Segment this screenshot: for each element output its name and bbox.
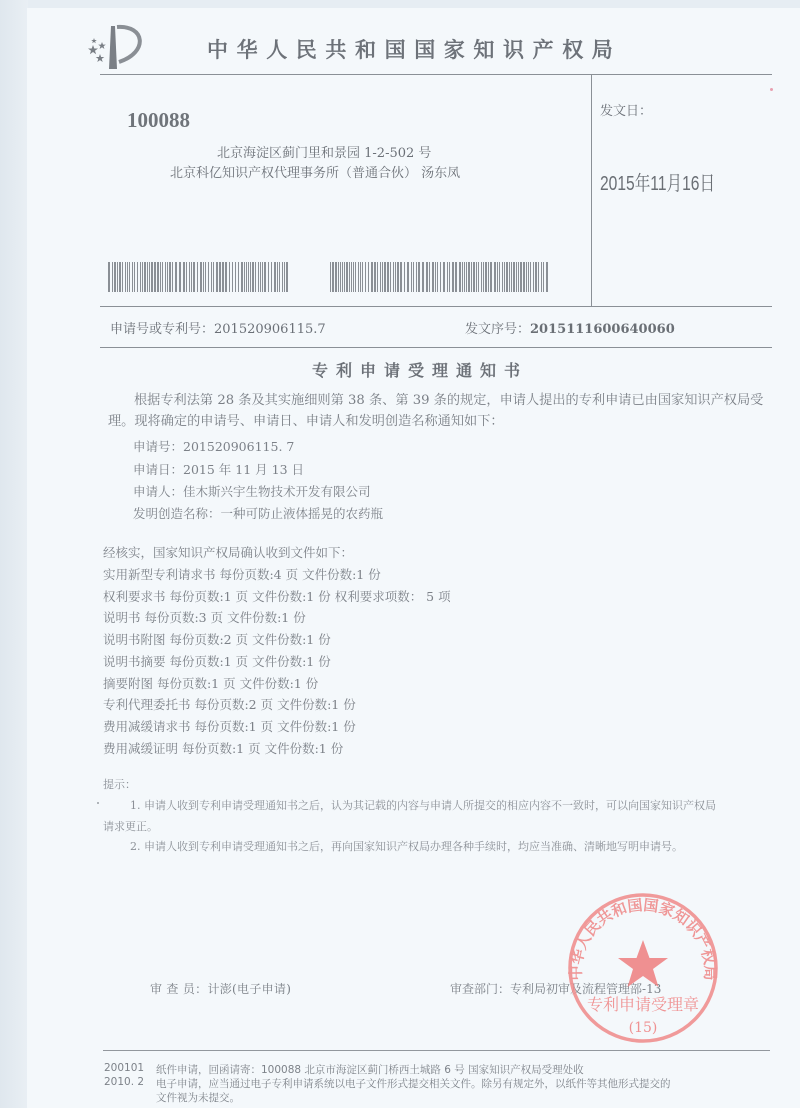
received-document-item: 费用减缓请求书 每份页数:1 页 文件份数:1 份 — [103, 717, 356, 735]
received-document-item: 专利代理委托书 每份页数:2 页 文件份数:1 份 — [103, 695, 356, 713]
agency-title: 中华人民共和国国家知识产权局 — [207, 34, 621, 64]
detail-row: 申请日：2015 年 11 月 13 日 — [133, 460, 304, 478]
department-label: 审查部门： — [450, 982, 510, 996]
seal-star-icon — [618, 940, 668, 987]
received-document-item: 费用减缓证明 每份页数:1 页 文件份数:1 份 — [103, 739, 343, 757]
barcode-icon — [108, 262, 288, 292]
detail-label: 申请号： — [133, 439, 183, 454]
barcode-icon — [330, 262, 548, 292]
scan-edge — [0, 0, 28, 1108]
received-document-item: 权利要求书 每份页数:1 页 文件份数:1 份 权利要求项数： 5 项 — [103, 587, 451, 605]
serial-number-line: 发文序号：2015111600640060 — [465, 318, 675, 337]
serial-number-label: 发文序号： — [465, 322, 530, 337]
detail-value: 佳木斯兴宇生物技术开发有限公司 — [183, 484, 371, 499]
serial-number: 2015111600640060 — [530, 322, 675, 337]
received-heading: 经核实，国家知识产权局确认收到文件如下： — [103, 543, 353, 561]
detail-row: 发明创造名称：一种可防止液体摇晃的农药瓶 — [133, 504, 383, 522]
header-divider — [100, 74, 772, 75]
detail-value: 一种可防止液体摇晃的农药瓶 — [221, 506, 384, 521]
application-number: 201520906115.7 — [214, 322, 326, 337]
detail-row: 申请号：201520906115. 7 — [133, 437, 294, 455]
tip-item-1-continued: 请求更正。 — [103, 818, 158, 834]
examiner-name: 计澎(电子申请) — [207, 982, 291, 996]
examiner-label: 审 查 员： — [150, 982, 207, 996]
detail-value: 201520906115. 7 — [183, 439, 294, 454]
scan-speck — [97, 802, 99, 804]
seal-number: (15) — [629, 1020, 658, 1036]
application-number-label: 申请号或专利号： — [110, 322, 214, 337]
footer-electronic-filing-continued: 文件视为未提交。 — [156, 1090, 240, 1105]
footer-divider — [103, 1050, 770, 1051]
received-document-item: 说明书摘要 每份页数:1 页 文件份数:1 份 — [103, 652, 331, 670]
received-document-item: 摘要附图 每份页数:1 页 文件份数:1 份 — [103, 674, 318, 692]
received-document-item: 说明书附图 每份页数:2 页 文件份数:1 份 — [103, 630, 331, 648]
identifiers-divider — [100, 347, 772, 348]
notice-intro: 根据专利法第 28 条及其实施细则第 38 条、第 39 条的规定，申请人提出的… — [108, 390, 788, 432]
application-number-line: 申请号或专利号：201520906115.7 — [110, 318, 326, 337]
detail-row: 申请人：佳木斯兴宇生物技术开发有限公司 — [133, 482, 371, 500]
scan-speck — [770, 88, 773, 91]
tip-item-2: 2. 申请人收到专利申请受理通知书之后，再向国家知识产权局办理各种手续时，均应当… — [130, 838, 683, 854]
notice-intro-text: 根据专利法第 28 条及其实施细则第 38 条、第 39 条的规定，申请人提出的… — [108, 393, 763, 429]
footer-electronic-filing: 电子申请，应当通过电子专利申请系统以电子文件形式提交相关文件。除另有规定外，以纸… — [156, 1076, 671, 1091]
barcode-divider — [100, 306, 772, 307]
form-code: 200101 — [104, 1062, 144, 1074]
tips-label: 提示： — [103, 776, 136, 792]
form-version: 2010. 2 — [104, 1076, 144, 1088]
detail-label: 申请人： — [133, 484, 183, 499]
received-document-item: 实用新型专利请求书 每份页数:4 页 文件份数:1 份 — [103, 565, 381, 583]
recipient-address: 北京海淀区蓟门里和景园 1-2-502 号 — [217, 142, 431, 161]
detail-label: 申请日： — [133, 462, 183, 477]
issue-date-label: 发文日： — [600, 100, 652, 119]
seal-center-text: 专利申请受理章 — [587, 995, 699, 1014]
tip-item-1: 1. 申请人收到专利申请受理通知书之后，认为其记载的内容与申请人所提交的相应内容… — [130, 797, 716, 813]
postcode: 100088 — [127, 108, 190, 133]
detail-value: 2015 年 11 月 13 日 — [183, 462, 304, 477]
issue-date: 2015年11月16日 — [600, 167, 715, 196]
examiner-line: 审 查 员：计澎(电子申请) — [150, 980, 291, 997]
official-seal: 中华人民共和国国家知识产权局 专利申请受理章 (15) — [558, 888, 728, 1048]
cnipa-logo-icon — [87, 22, 153, 70]
received-document-item: 说明书 每份页数:3 页 文件份数:1 份 — [103, 608, 306, 626]
detail-label: 发明创造名称： — [133, 506, 221, 521]
recipient-agency: 北京科亿知识产权代理事务所（普通合伙） 汤东凤 — [170, 162, 460, 181]
notice-title: 专利申请受理通知书 — [0, 358, 800, 381]
footer-paper-filing: 纸件申请，回函请寄：100088 北京市海淀区蓟门桥西土城路 6 号 国家知识产… — [156, 1062, 584, 1077]
date-box-divider — [591, 74, 592, 306]
